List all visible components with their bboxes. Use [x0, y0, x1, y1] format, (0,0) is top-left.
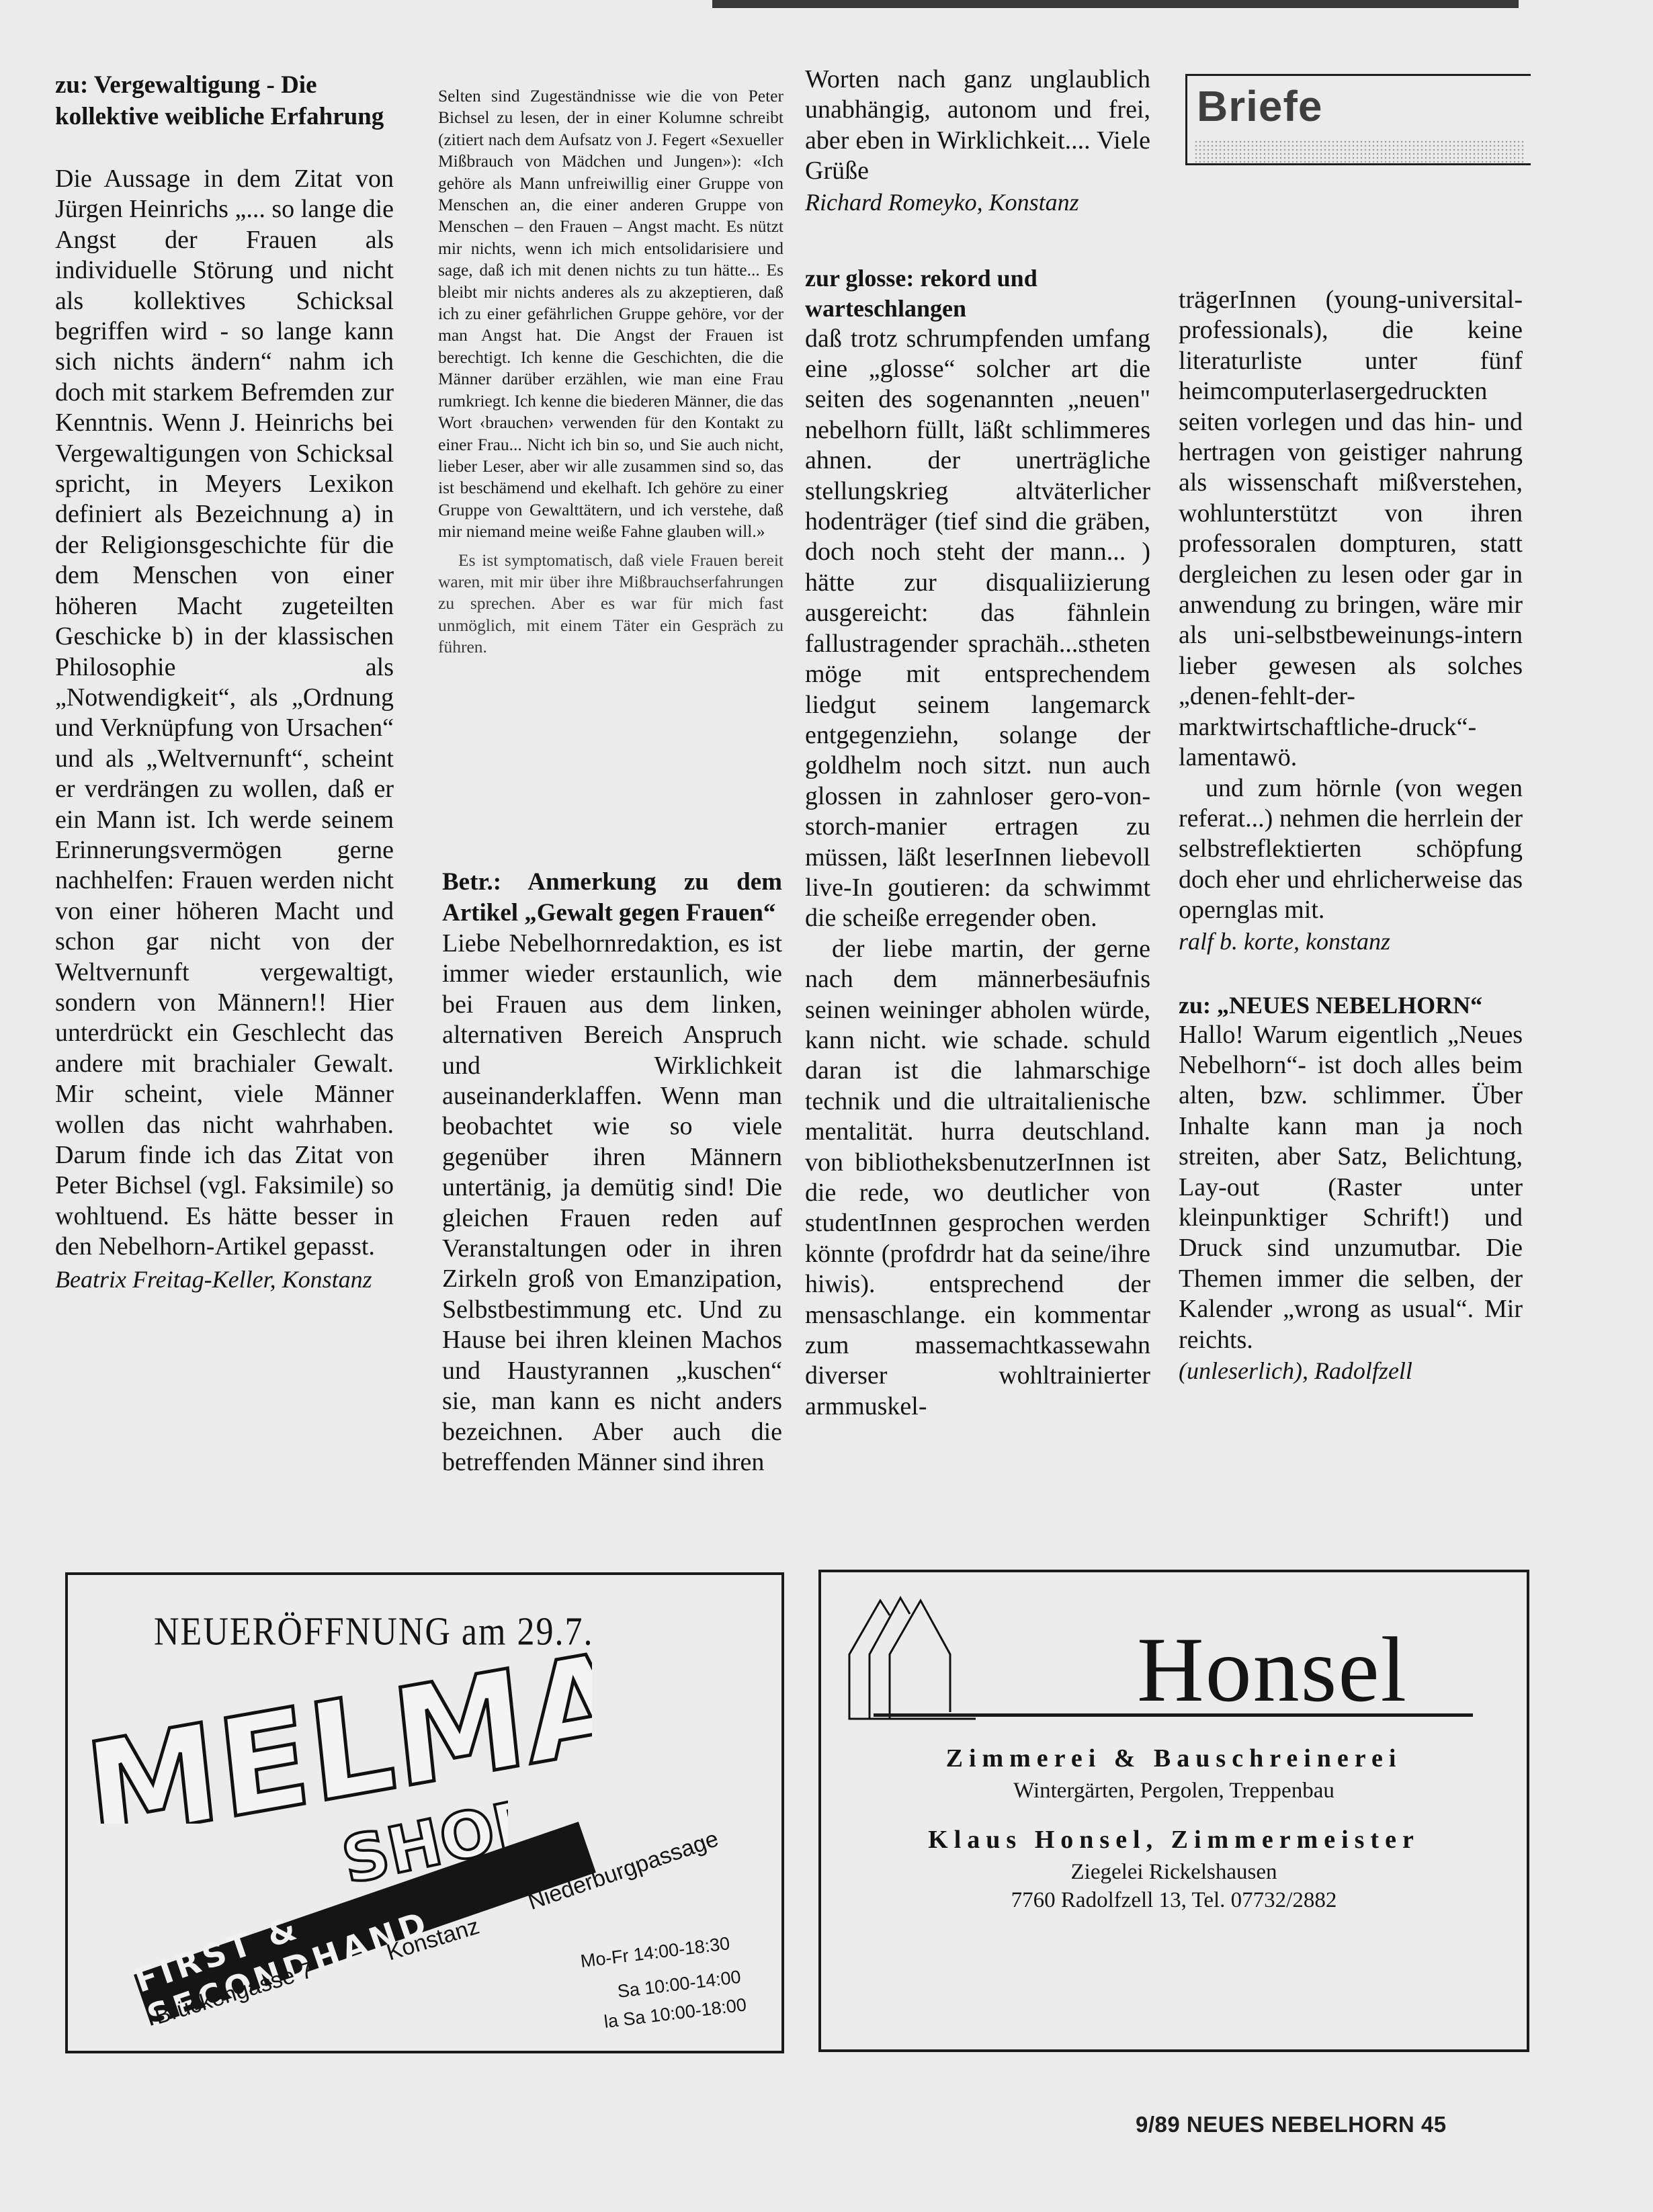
letter-2-body: Liebe Nebelhornredaktion, es ist immer w…	[442, 929, 782, 1478]
letter-3-paragraph: und zum hörnle (von wegen referat...) ne…	[1179, 773, 1523, 926]
column-1: zu: Vergewaltigung - Die kollektive weib…	[55, 69, 394, 1295]
facsimile-paragraph: Selten sind Zugeständnisse wie die von P…	[438, 85, 783, 543]
letter-3-paragraph: der liebe martin, der gerne nach dem män…	[805, 934, 1150, 1422]
honsel-trade: Zimmerei & Bauschreinerei	[821, 1744, 1527, 1773]
column-2: Selten sind Zugeständnisse wie die von P…	[438, 85, 783, 658]
letter-3-paragraph: trägerInnen (young-universital-professio…	[1179, 285, 1523, 773]
honsel-owner: Klaus Honsel, Zimmermeister	[821, 1825, 1527, 1855]
letter-3-paragraph: daß trotz schrumpfenden umfang eine „glo…	[805, 324, 1150, 934]
honsel-location: Ziegelei Rickelshausen	[821, 1860, 1527, 1885]
melmac-shop-advertisement: NEUERÖFFNUNG am 29.7. MELMAC SHOP FIRST …	[65, 1572, 784, 2053]
honsel-advertisement: Honsel Zimmerei & Bauschreinerei Winterg…	[818, 1570, 1529, 2052]
letter-1-signature: Beatrix Freitag-Keller, Konstanz	[55, 1264, 394, 1295]
top-edge-strip	[712, 0, 1519, 8]
letter-4-signature: (unleserlich), Radolfzell	[1179, 1355, 1523, 1386]
section-title: Briefe	[1197, 81, 1322, 131]
letter-1-heading: zu: Vergewaltigung - Die kollektive weib…	[55, 69, 394, 132]
letter-3-signature: ralf b. korte, konstanz	[1179, 926, 1523, 957]
column-2-letter: Betr.: Anmerkung zu dem Artikel „Gewalt …	[442, 867, 782, 1478]
column-3: Worten nach ganz unglaublich unabhängig,…	[805, 65, 1150, 1422]
honsel-logo-text: Honsel	[1137, 1616, 1408, 1723]
column-4: trägerInnen (young-universital-professio…	[1179, 285, 1523, 1386]
honsel-address: 7760 Radolfzell 13, Tel. 07732/2882	[821, 1888, 1527, 1913]
letter-1-body: Die Aussage in dem Zitat von Jürgen Hein…	[55, 164, 394, 1263]
page-footer: 9/89 NEUES NEBELHORN 45	[1136, 2112, 1447, 2137]
letter-2-signature: Richard Romeyko, Konstanz	[805, 187, 1150, 218]
facsimile-paragraph: Es ist symptomatisch, daß viele Frauen b…	[438, 550, 783, 658]
three-houses-logo-icon	[841, 1592, 976, 1727]
letter-4-body: Hallo! Warum eigentlich „Neues Nebelhorn…	[1179, 1020, 1523, 1355]
facsimile-quote: Selten sind Zugeständnisse wie die von P…	[438, 85, 783, 658]
honsel-services: Wintergärten, Pergolen, Treppenbau	[821, 1779, 1527, 1803]
letter-3-heading: zur glosse: rekord und warteschlangen	[805, 263, 1150, 324]
halftone-bar	[1194, 140, 1524, 163]
letter-2-heading: Betr.: Anmerkung zu dem Artikel „Gewalt …	[442, 867, 782, 929]
opening-hours-weekday: Mo-Fr 14:00-18:30	[579, 1933, 731, 1972]
letter-2-body-continued: Worten nach ganz unglaublich unabhängig,…	[805, 65, 1150, 187]
section-header-box: Briefe	[1185, 74, 1531, 165]
letter-4-heading: zu: „NEUES NEBELHORN“	[1179, 990, 1523, 1020]
